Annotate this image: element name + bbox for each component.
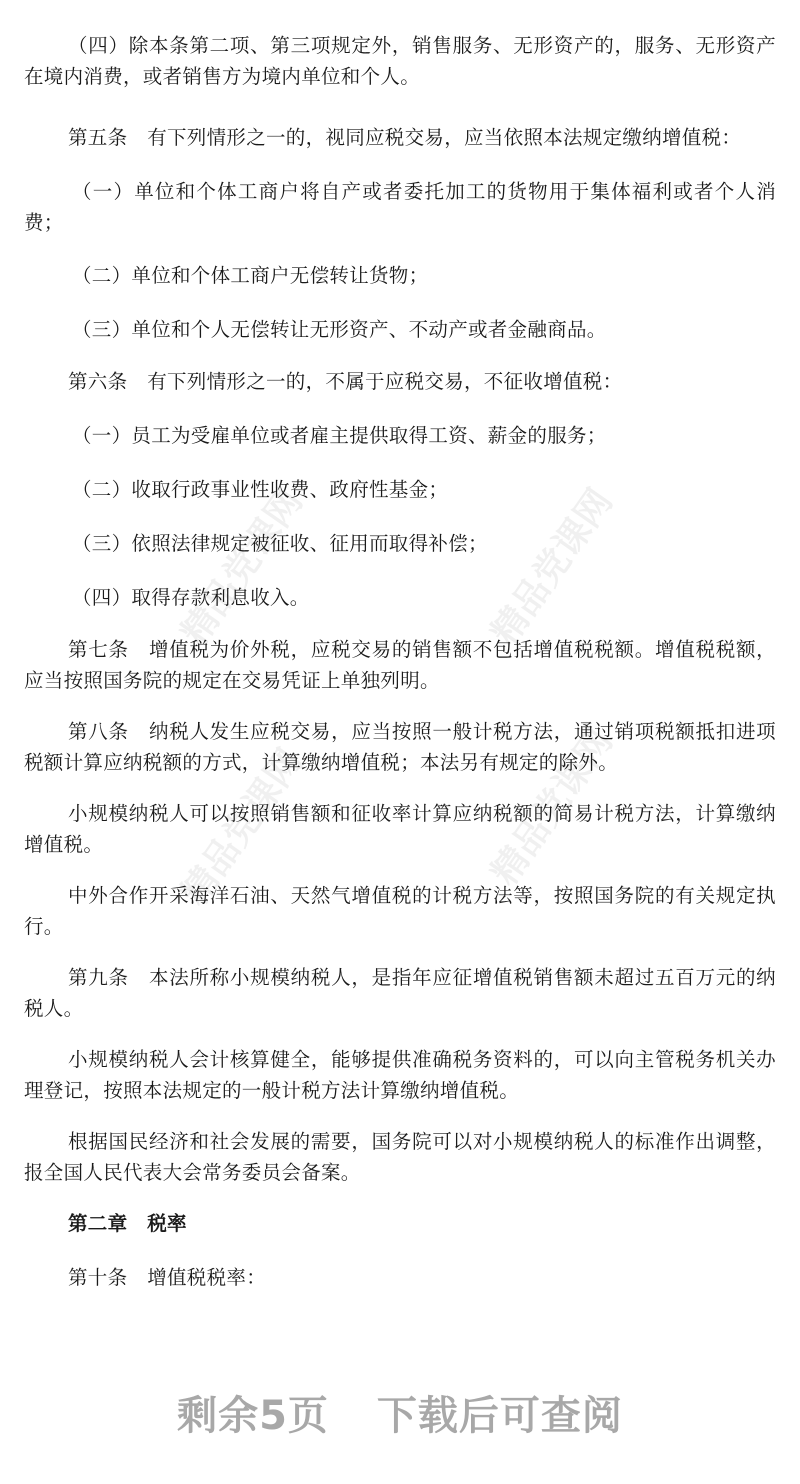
article-6-item-3: （三）依照法律规定被征收、征用而取得补偿； bbox=[24, 528, 776, 559]
article-5-item-2: （二）单位和个体工商户无偿转让货物； bbox=[24, 260, 776, 291]
article-9-para-3: 根据国民经济和社会发展的需要，国务院可以对小规模纳税人的标准作出调整，报全国人民… bbox=[24, 1126, 776, 1188]
download-to-view-label[interactable]: 下载后可查阅 bbox=[377, 1393, 623, 1439]
article-8-para-3: 中外合作开采海洋石油、天然气增值税的计税方法等，按照国务院的有关规定执行。 bbox=[24, 880, 776, 942]
article-6: 第六条 有下列情形之一的，不属于应税交易，不征收增值税： bbox=[24, 366, 776, 397]
article-9: 第九条 本法所称小规模纳税人，是指年应征增值税销售额未超过五百万元的纳税人。 bbox=[24, 962, 776, 1024]
remaining-pages-label: 剩余5页 bbox=[177, 1393, 329, 1439]
download-prompt-banner[interactable]: 剩余5页下载后可查阅 bbox=[0, 1384, 800, 1441]
article-6-item-2: （二）收取行政事业性收费、政府性基金； bbox=[24, 474, 776, 505]
article-10: 第十条 增值税税率： bbox=[24, 1262, 776, 1293]
article-7: 第七条 增值税为价外税，应税交易的销售额不包括增值税税额。增值税税额，应当按照国… bbox=[24, 634, 776, 696]
article-6-item-1: （一）员工为受雇单位或者雇主提供取得工资、薪金的服务； bbox=[24, 420, 776, 451]
article-8-para-2: 小规模纳税人可以按照销售额和征收率计算应纳税额的简易计税方法，计算缴纳增值税。 bbox=[24, 798, 776, 860]
article-8: 第八条 纳税人发生应税交易，应当按照一般计税方法，通过销项税额抵扣进项税额计算应… bbox=[24, 716, 776, 778]
article-9-para-2: 小规模纳税人会计核算健全，能够提供准确税务资料的，可以向主管税务机关办理登记，按… bbox=[24, 1044, 776, 1106]
paragraph-item-4-clause-4: （四）除本条第二项、第三项规定外，销售服务、无形资产的，服务、无形资产在境内消费… bbox=[24, 30, 776, 92]
chapter-2-heading: 第二章 税率 bbox=[24, 1208, 776, 1239]
article-5-item-1: （一）单位和个体工商户将自产或者委托加工的货物用于集体福利或者个人消费； bbox=[24, 176, 776, 238]
article-5-item-3: （三）单位和个人无偿转让无形资产、不动产或者金融商品。 bbox=[24, 314, 776, 345]
article-5: 第五条 有下列情形之一的，视同应税交易，应当依照本法规定缴纳增值税： bbox=[24, 122, 776, 153]
document-page: 精品党课网 精品党课网 精品党课网 精品党课网 （四）除本条第二项、第三项规定外… bbox=[0, 0, 800, 1484]
article-6-item-4: （四）取得存款利息收入。 bbox=[24, 582, 776, 613]
